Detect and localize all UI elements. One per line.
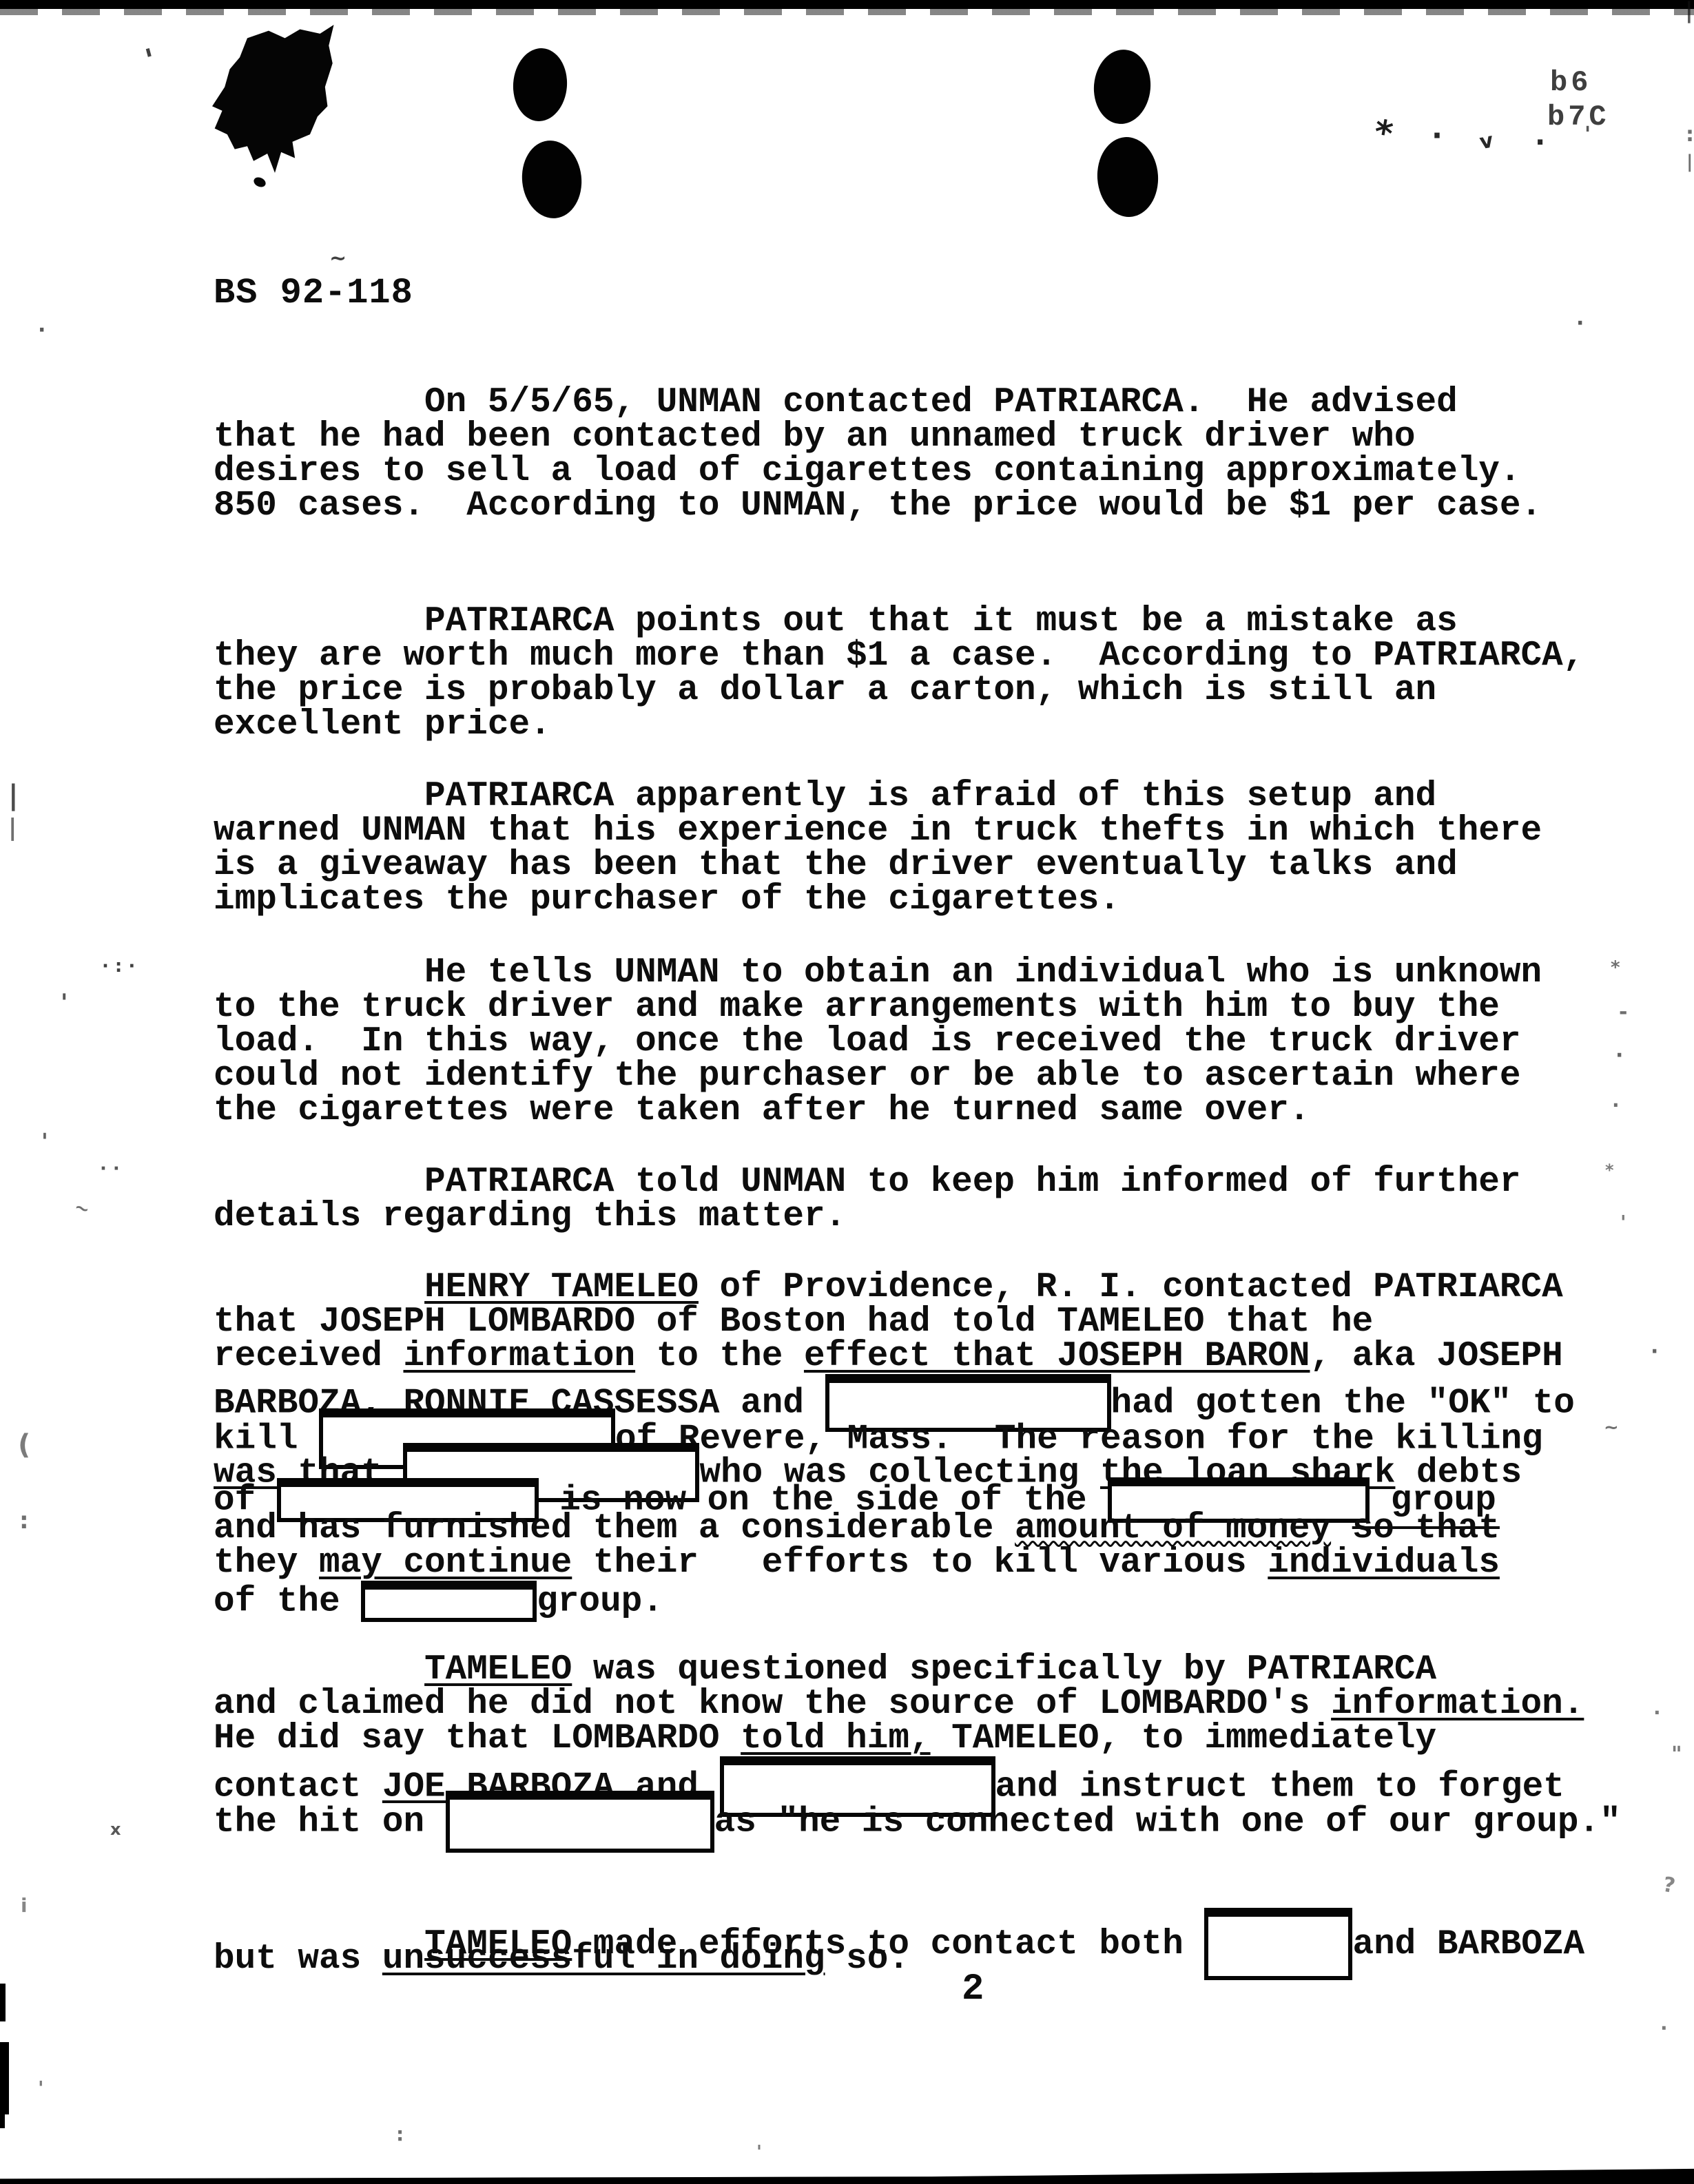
text-line: they are worth much more than $1 a case.… — [214, 639, 1621, 674]
scan-speck: · — [1432, 118, 1443, 152]
classification-code-b7c: b7C — [1547, 101, 1610, 134]
scan-speck: ' — [142, 42, 160, 79]
page-number: 2 — [962, 1968, 984, 2010]
pen-marked-text: unsuccessful in doing — [382, 1939, 825, 1979]
scan-edge-bar-top — [0, 0, 1694, 9]
pen-marked-text: HENRY TAMELEO — [424, 1268, 699, 1307]
scan-speck: ( — [18, 1429, 30, 1461]
scan-speck: ~ — [1604, 1417, 1619, 1438]
scan-speck: - — [1619, 1000, 1627, 1024]
text-line: the hit on as "he is connected with one … — [214, 1791, 1621, 1825]
scan-speck: ' — [61, 989, 68, 1017]
pen-marked-text: information. — [1331, 1685, 1584, 1724]
text-line: He did say that LOMBARDO told him, TAMEL… — [214, 1722, 1621, 1756]
text-line: details regarding this matter. — [214, 1200, 1621, 1234]
text-line: excellent price. — [214, 708, 1621, 742]
scan-speck: | — [8, 814, 17, 842]
text-line: and claimed he did not know the source o… — [214, 1687, 1621, 1722]
text-line: could not identify the purchaser or be a… — [214, 1059, 1621, 1094]
scan-speck: * — [1605, 1161, 1614, 1180]
scan-edge-artifact — [0, 2099, 5, 2128]
scan-edge-artifact — [0, 1984, 6, 2021]
redaction-box — [361, 1581, 537, 1622]
scan-speck: · — [1612, 1094, 1620, 1116]
text-line: TAMELEO made efforts to contact both and… — [214, 1908, 1621, 1942]
paragraph: PATRIARCA told UNMAN to keep him informe… — [214, 1165, 1621, 1234]
text-line: desires to sell a load of cigarettes con… — [214, 455, 1621, 489]
text-line: load. In this way, once the load is rece… — [214, 1025, 1621, 1059]
text-line: to the truck driver and make arrangement… — [214, 990, 1621, 1025]
paragraph: PATRIARCA points out that it must be a m… — [214, 605, 1621, 742]
text-line: that he had been contacted by an unnamed… — [214, 420, 1621, 455]
scan-speck: * — [1371, 112, 1396, 154]
scan-speck: | — [8, 780, 19, 811]
paragraph: TAMELEO made efforts to contact both and… — [214, 1908, 1621, 1977]
text-line: BARBOZA, RONNIE CASSESSA and had gotten … — [214, 1374, 1621, 1408]
text-line: PATRIARCA apparently is afraid of this s… — [214, 780, 1621, 814]
classification-code-b6: b6 — [1550, 66, 1591, 99]
hole-punch-mark — [1091, 48, 1153, 127]
text-line: On 5/5/65, UNMAN contacted PATRIARCA. He… — [214, 386, 1621, 420]
ink-fleck — [252, 176, 267, 189]
scan-speck: · — [1653, 1701, 1661, 1724]
paragraph: PATRIARCA apparently is afraid of this s… — [214, 780, 1621, 917]
case-number: BS 92-118 — [214, 273, 413, 313]
text-line: He tells UNMAN to obtain an individual w… — [214, 956, 1621, 990]
scan-speck: · — [1535, 127, 1545, 158]
pen-marked-text: TAMELEO — [424, 1650, 572, 1689]
text-line: that JOSEPH LOMBARDO of Boston had told … — [214, 1305, 1621, 1340]
text-line: they may continue their efforts to kill … — [214, 1546, 1621, 1581]
scan-speck: ' — [41, 1128, 48, 1154]
text-line: implicates the purchaser of the cigarett… — [214, 883, 1621, 917]
scan-speck: · — [1660, 2017, 1668, 2039]
hole-punch-mark — [1095, 135, 1161, 219]
scan-speck: ' — [756, 2142, 762, 2163]
text-line: contact JOE BARBOZA and and instruct the… — [214, 1756, 1621, 1791]
pen-marked-text: effect that JOSEPH BARON — [804, 1337, 1310, 1376]
scan-speck: · — [1576, 311, 1584, 335]
scan-speck: ' — [38, 2077, 44, 2099]
redaction-box — [1204, 1908, 1352, 1980]
scan-speck: x — [110, 1820, 121, 1839]
document-body: On 5/5/65, UNMAN contacted PATRIARCA. He… — [214, 386, 1621, 1977]
text-line: received information to the effect that … — [214, 1340, 1621, 1374]
scan-speck: ? — [1661, 1873, 1677, 1898]
text-line: was that who was collecting the loan sha… — [214, 1443, 1621, 1477]
scan-speck: ' — [1620, 1211, 1626, 1234]
scan-speck: · — [1615, 1043, 1623, 1068]
text-line: and has furnished them a considerable am… — [214, 1512, 1621, 1546]
text-line: of is now on the side of the group — [214, 1477, 1621, 1512]
ink-smudge — [212, 25, 338, 173]
text-line: warned UNMAN that his experience in truc… — [214, 814, 1621, 849]
redaction-box — [446, 1791, 714, 1853]
scan-speck: * — [1611, 957, 1620, 978]
scan-speck: v — [1478, 129, 1495, 155]
pen-marked-text: amount of money — [1015, 1509, 1331, 1548]
scan-speck: ~ — [329, 247, 347, 271]
pen-marked-text: so that — [1352, 1509, 1500, 1548]
scan-speck: ~ — [72, 1196, 93, 1221]
text-line: of the group. — [214, 1581, 1621, 1615]
scan-speck: · — [1651, 1340, 1658, 1364]
paragraph: On 5/5/65, UNMAN contacted PATRIARCA. He… — [214, 386, 1621, 523]
scan-speck: · — [38, 318, 45, 342]
text-line: HENRY TAMELEO of Providence, R. I. conta… — [214, 1271, 1621, 1305]
text-line: the cigarettes were taken after he turne… — [214, 1094, 1621, 1128]
scan-speck: : — [1686, 123, 1694, 147]
text-line: kill of Revere, Mass. The reason for the… — [214, 1408, 1621, 1443]
scan-edge-noise-top — [0, 9, 1694, 15]
text-line: PATRIARCA told UNMAN to keep him informe… — [214, 1165, 1621, 1200]
scan-speck: | — [1686, 152, 1693, 172]
pen-marked-text: told him, — [741, 1719, 930, 1758]
scan-speck: ' — [1584, 123, 1591, 147]
paragraph: HENRY TAMELEO of Providence, R. I. conta… — [214, 1271, 1621, 1615]
text-line: PATRIARCA points out that it must be a m… — [214, 605, 1621, 639]
pen-marked-text: may continue — [319, 1543, 572, 1583]
text-line: the price is probably a dollar a carton,… — [214, 674, 1621, 708]
pen-marked-text: information — [403, 1337, 635, 1376]
paragraph: He tells UNMAN to obtain an individual w… — [214, 956, 1621, 1128]
text-line: 850 cases. According to UNMAN, the price… — [214, 489, 1621, 523]
hole-punch-mark — [510, 46, 569, 123]
hole-punch-mark — [518, 138, 585, 221]
paragraph: TAMELEO was questioned specifically by P… — [214, 1653, 1621, 1825]
scan-edge-bar-bottom — [0, 2167, 1694, 2184]
scan-speck: : — [19, 1507, 29, 1535]
pen-marked-text: individuals — [1268, 1543, 1500, 1583]
text-line: TAMELEO was questioned specifically by P… — [214, 1653, 1621, 1687]
scan-speck: | — [1685, 0, 1693, 23]
text-line: is a giveaway has been that the driver e… — [214, 849, 1621, 883]
scanned-document-page: b6 b7C BS 92-118 On 5/5/65, UNMAN contac… — [0, 0, 1694, 2184]
scan-speck: " — [1671, 1743, 1682, 1767]
scan-speck: · · — [100, 1158, 120, 1179]
scan-speck: · : · — [102, 956, 135, 977]
scan-speck: i — [21, 1894, 28, 1917]
scan-speck: : — [396, 2123, 404, 2145]
